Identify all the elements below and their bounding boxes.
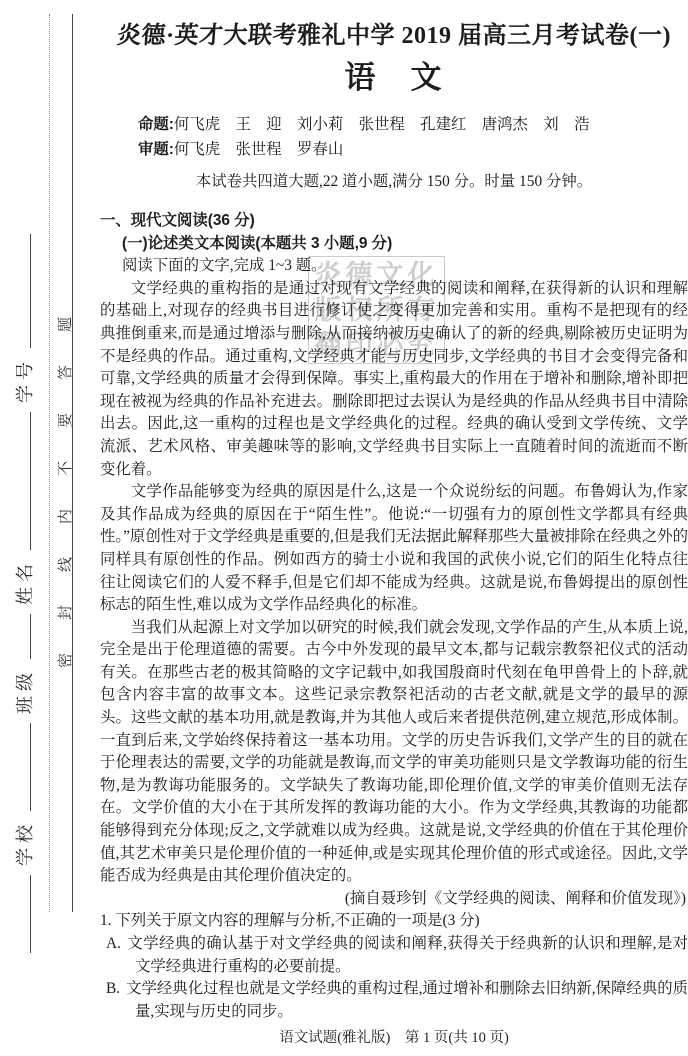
setters-row: 命题:何飞虎 王 迎 刘小莉 张世程 孔建红 唐鸿杰 刘 浩 — [138, 112, 688, 137]
option-b-label: B. — [106, 980, 120, 997]
section-heading: 一、现代文阅读(36 分) — [100, 210, 688, 233]
exam-info-line: 本试卷共四道大题,22 道小题,满分 150 分。时量 150 分钟。 — [100, 170, 688, 194]
option-b-text: 文学经典化过程也就是文学经典的重构过程,通过增补和删除去旧纳新,保障经典的质量,… — [126, 980, 688, 1020]
blank-line — [13, 723, 31, 811]
blank-line — [13, 234, 31, 348]
reading-instruction: 阅读下面的文字,完成 1~3 题。 — [100, 255, 688, 278]
field-label-school: 学校 — [15, 820, 35, 866]
reviewers-label: 审题: — [138, 141, 174, 158]
blank-line — [13, 412, 31, 550]
exam-paper-page: 学校班级姓名学号 密 封 线 内 不 要 答 题 炎德文化 版权所有 翻印必究 … — [0, 0, 688, 1056]
blank-line — [13, 875, 31, 953]
field-label-name: 姓名 — [15, 559, 35, 605]
question-1-stem: 1. 下列关于原文内容的理解与分析,不正确的一项是(3 分) — [100, 910, 688, 933]
exam-title: 炎德·英才大联考雅礼中学 2019 届高三月考试卷(一) — [100, 20, 688, 52]
exam-series-name: 炎德·英才大联考 — [116, 20, 298, 52]
question-1-option-b: B.文学经典化过程也就是文学经典的重构过程,通过增补和删除去旧纳新,保障经典的质… — [100, 978, 688, 1023]
option-a-label: A. — [106, 935, 121, 952]
blank-line — [13, 614, 31, 659]
subsection-heading: (一)论述类文本阅读(本题共 3 小题,9 分) — [100, 233, 688, 256]
passage-paragraph-2: 文学作品能够变为经典的原因是什么,这是一个众说纷纭的问题。布鲁姆认为,作家及其作… — [100, 481, 688, 617]
exam-title-rest: 雅礼中学 2019 届高三月考试卷(一) — [297, 23, 671, 49]
question-1-option-a: A.文学经典的确认基于对文学经典的阅读和阐释,获得关于经典新的认识和理解,是对文… — [100, 933, 688, 978]
passage-paragraph-3: 当我们从起源上对文学加以研究的时候,我们就会发现,文学作品的产生,从本质上说,完… — [100, 617, 688, 888]
page-footer: 语文试题(雅礼版) 第 1 页(共 10 页) — [100, 1026, 688, 1047]
main-content: 炎德·英才大联考雅礼中学 2019 届高三月考试卷(一) 语 文 命题:何飞虎 … — [100, 0, 688, 1023]
passage-paragraph-1: 文学经典的重构指的是通过对现有文学经典的阅读和阐释,在获得新的认识和理解的基础上… — [100, 278, 688, 481]
seal-notice-text: 密 封 线 内 不 要 答 题 — [54, 298, 74, 668]
subject-title: 语 文 — [100, 58, 688, 98]
seal-dotted-line — [49, 14, 50, 912]
reviewers-names: 何飞虎 张世程 罗春山 — [174, 141, 343, 158]
setters-names: 何飞虎 王 迎 刘小莉 张世程 孔建红 唐鸿杰 刘 浩 — [174, 116, 590, 133]
student-info-fields: 学校班级姓名学号 — [11, 117, 35, 962]
option-a-text: 文学经典的确认基于对文学经典的阅读和阐释,获得关于经典新的认识和理解,是对文学经… — [127, 935, 688, 975]
credits-block: 命题:何飞虎 王 迎 刘小莉 张世程 孔建红 唐鸿杰 刘 浩 审题:何飞虎 张世… — [100, 112, 688, 162]
field-label-number: 学号 — [15, 357, 35, 403]
reviewers-row: 审题:何飞虎 张世程 罗春山 — [138, 137, 688, 162]
setters-label: 命题: — [138, 116, 174, 133]
field-label-class: 班级 — [15, 668, 35, 714]
passage-attribution: (摘自聂珍钊《文学经典的阅读、阐释和价值发现》) — [100, 888, 688, 911]
